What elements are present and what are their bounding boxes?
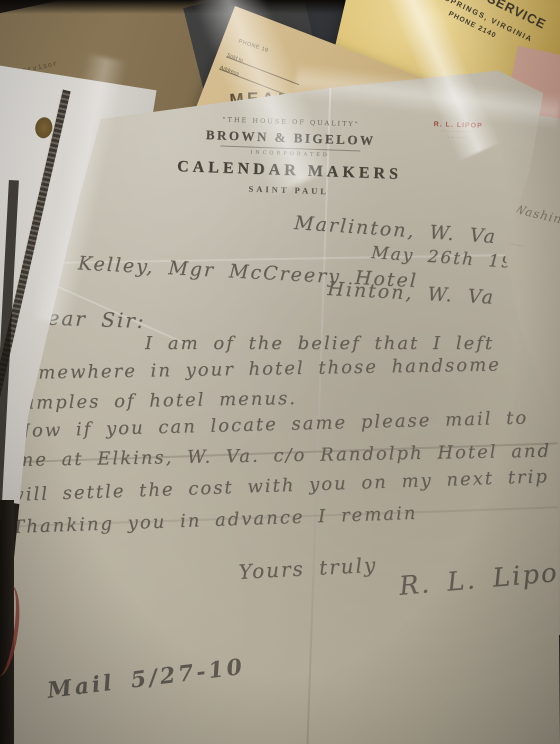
handwriting-line: Yours truly <box>238 553 378 584</box>
handwriting-line: Now if you can locate same please mail t… <box>14 408 528 442</box>
handwriting-line: will settle the cost with you on my next… <box>8 466 549 506</box>
photo-of-vintage-letter: of Supervisor ·········· SALES & SERVICE… <box>0 0 560 744</box>
underlying-letter-print-smudge: ······· <box>509 240 526 249</box>
handwriting-line: R. L. Lipop <box>398 556 560 601</box>
handwriting-line: somewhere in your hotel those handsome <box>14 355 501 384</box>
handwriting-line: Marlinton, W. Va <box>293 212 497 248</box>
handwriting-line: samples of hotel menus. <box>12 388 297 414</box>
underlying-letter-handwriting: Washington <box>512 202 560 234</box>
handwriting-line: I am of the belief that I left <box>145 333 494 354</box>
handwriting-line: Thanking you in advance I remain <box>12 503 418 538</box>
handwriting-line: me at Elkins, W. Va. c/o Randolph Hotel … <box>16 440 560 471</box>
pencil-annotation: Mail 5/27-10 <box>46 654 246 704</box>
handwriting-line: Hinton, W. Va <box>327 278 496 309</box>
